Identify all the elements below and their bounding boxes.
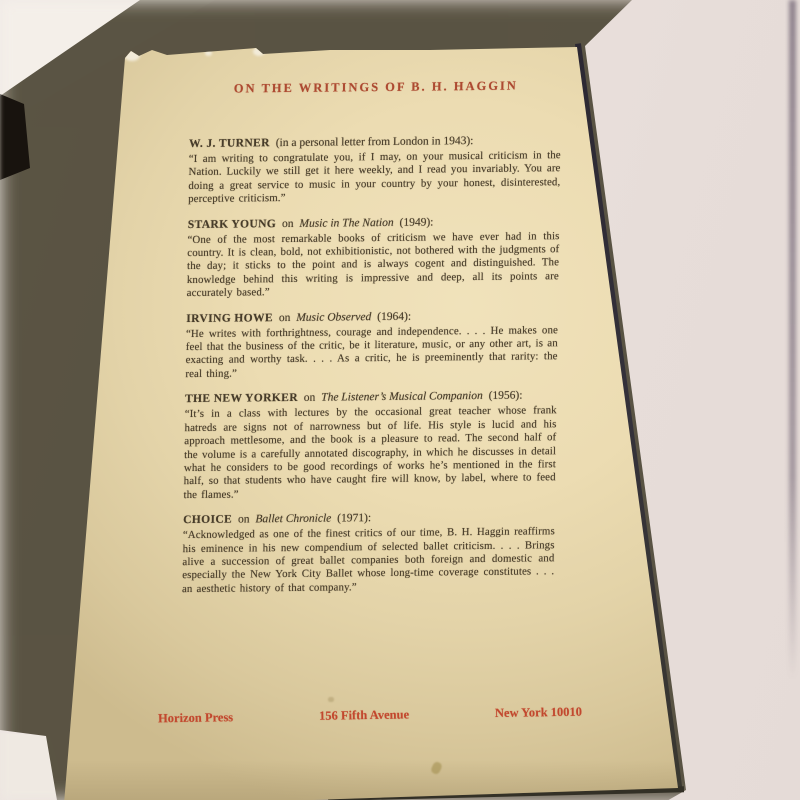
review-quote: “He writes with forthrightness, courage … — [185, 324, 558, 382]
background-seam-line — [789, 0, 796, 680]
review-heading: IRVING HOWE on Music Observed (1964): — [186, 309, 558, 325]
reviewer-name: CHOICE — [183, 514, 232, 527]
book-photo-scene: ON THE WRITINGS OF B. H. HAGGIN W. J. TU… — [0, 0, 800, 800]
review-section: THE NEW YORKER on The Listener’s Musical… — [183, 389, 557, 502]
cover-header: ON THE WRITINGS OF B. H. HAGGIN — [190, 78, 562, 97]
review-heading: W. J. TURNER (in a personal letter from … — [189, 134, 561, 150]
reviewer-name: W. J. TURNER — [189, 137, 270, 150]
review-heading: THE NEW YORKER on The Listener’s Musical… — [185, 389, 557, 405]
reviewer-name: STARK YOUNG — [188, 218, 277, 231]
review-section: IRVING HOWE on Music Observed (1964): “H… — [185, 309, 558, 382]
review-quote: “One of the most remarkable books of cri… — [187, 230, 560, 301]
review-section: W. J. TURNER (in a personal letter from … — [188, 134, 561, 207]
review-section: CHOICE on Ballet Chronicle (1971): “Ackn… — [182, 510, 555, 596]
reviewer-name: IRVING HOWE — [186, 312, 273, 325]
paper-smudge — [328, 697, 334, 702]
reviewer-name: THE NEW YORKER — [185, 392, 298, 405]
publisher-imprint-row: Horizon Press 156 Fifth Avenue New York … — [158, 705, 582, 727]
review-heading: CHOICE on Ballet Chronicle (1971): — [183, 510, 555, 526]
publisher-name: Horizon Press — [158, 710, 233, 726]
review-year: (1949): — [399, 216, 433, 228]
review-section: STARK YOUNG on Music in The Nation (1949… — [187, 215, 560, 301]
review-quote: “It’s in a class with lectures by the oc… — [183, 404, 556, 502]
review-context: on — [282, 218, 294, 230]
book-back-cover: ON THE WRITINGS OF B. H. HAGGIN W. J. TU… — [0, 0, 800, 800]
reviewed-work-title: Music Observed — [296, 311, 371, 324]
reviewed-work-title: The Listener’s Musical Companion — [321, 390, 483, 404]
review-year: (1964): — [377, 310, 411, 322]
publisher-address: 156 Fifth Avenue — [319, 707, 409, 723]
jacket-wear-spot — [205, 50, 212, 56]
review-heading: STARK YOUNG on Music in The Nation (1949… — [188, 215, 560, 231]
review-context: on — [279, 312, 291, 324]
review-context: on — [238, 514, 250, 526]
review-quote: “Acknowledged as one of the finest criti… — [182, 525, 555, 596]
review-quote: “I am writing to congratulate you, if I … — [188, 149, 561, 207]
jacket-wear-spot — [124, 50, 140, 61]
paper-smudge — [430, 761, 443, 776]
reviewed-work-title: Music in The Nation — [299, 216, 393, 229]
publisher-city-zip: New York 10010 — [495, 705, 582, 721]
review-context: on — [304, 392, 316, 404]
review-context: (in a personal letter from London in 194… — [276, 135, 474, 149]
review-year: (1971): — [337, 512, 371, 524]
reviewed-work-title: Ballet Chronicle — [255, 513, 331, 526]
jacket-text-block: ON THE WRITINGS OF B. H. HAGGIN W. J. TU… — [182, 78, 562, 608]
jacket-wear-spot — [253, 47, 265, 56]
review-year: (1956): — [489, 390, 523, 402]
